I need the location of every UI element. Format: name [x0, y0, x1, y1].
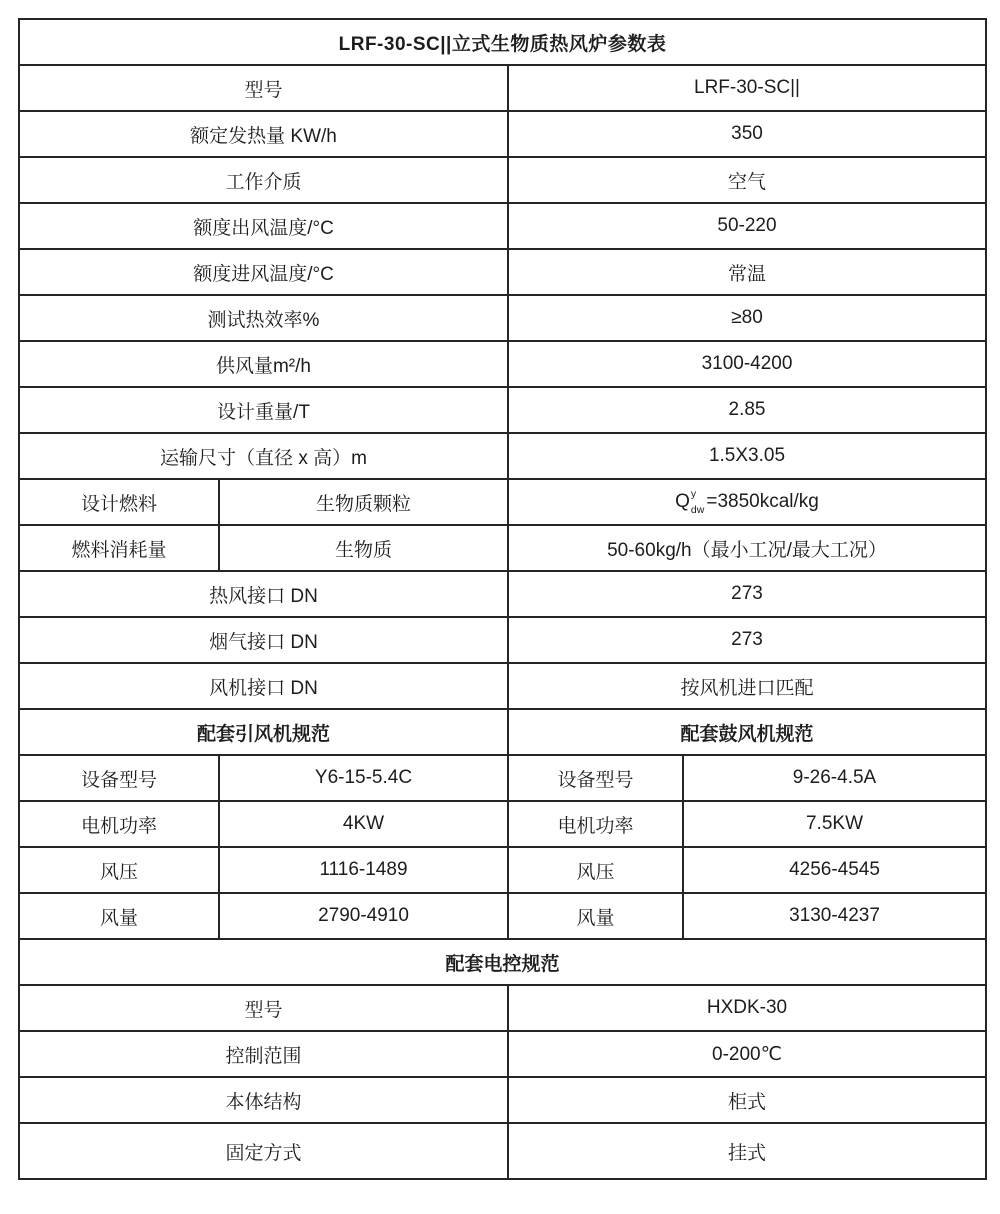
spec-label: 额度进风温度/°C — [19, 249, 508, 295]
blower-fan-value: 3130-4237 — [683, 893, 986, 939]
control-label: 固定方式 — [19, 1123, 508, 1179]
fuel-consumption-label: 燃料消耗量 — [19, 525, 219, 571]
fuel-consumption-value: 50-60kg/h（最小工况/最大工况） — [508, 525, 986, 571]
spec-value: 1.5X3.05 — [508, 433, 986, 479]
spec-value: 常温 — [508, 249, 986, 295]
table-row: 测试热效率% ≥80 — [19, 295, 986, 341]
induced-fan-value: 2790-4910 — [219, 893, 508, 939]
table-row: 设计燃料 生物质颗粒 Qydw=3850kcal/kg — [19, 479, 986, 525]
control-label: 控制范围 — [19, 1031, 508, 1077]
table-row: 设计重量/T 2.85 — [19, 387, 986, 433]
spec-label: 运输尺寸（直径 x 高）m — [19, 433, 508, 479]
control-section-header: 配套电控规范 — [19, 939, 986, 985]
table-row: 型号 HXDK-30 — [19, 985, 986, 1031]
control-value: 柜式 — [508, 1077, 986, 1123]
spec-value: ≥80 — [508, 295, 986, 341]
blower-fan-label: 风量 — [508, 893, 683, 939]
induced-fan-label: 电机功率 — [19, 801, 219, 847]
table-row: 额度出风温度/°C 50-220 — [19, 203, 986, 249]
spec-value: 350 — [508, 111, 986, 157]
spec-label: 设计重量/T — [19, 387, 508, 433]
blower-fan-header: 配套鼓风机规范 — [508, 709, 986, 755]
table-row: 额定发热量 KW/h 350 — [19, 111, 986, 157]
spec-value: 273 — [508, 617, 986, 663]
induced-fan-label: 风量 — [19, 893, 219, 939]
parameter-table: LRF-30-SC||立式生物质热风炉参数表 型号 LRF-30-SC|| 额定… — [18, 18, 987, 1180]
table-row: 固定方式 挂式 — [19, 1123, 986, 1179]
spec-label: 型号 — [19, 65, 508, 111]
fuel-design-value: Qydw=3850kcal/kg — [508, 479, 986, 525]
control-value: 挂式 — [508, 1123, 986, 1179]
spec-value: LRF-30-SC|| — [508, 65, 986, 111]
formula-subscript: dw — [691, 505, 704, 516]
table-row: 型号 LRF-30-SC|| — [19, 65, 986, 111]
table-row: 本体结构 柜式 — [19, 1077, 986, 1123]
blower-fan-value: 4256-4545 — [683, 847, 986, 893]
spec-label: 额度出风温度/°C — [19, 203, 508, 249]
formula-rest: =3850kcal/kg — [706, 491, 819, 512]
spec-label: 供风量m²/h — [19, 341, 508, 387]
induced-fan-label: 设备型号 — [19, 755, 219, 801]
table-title: LRF-30-SC||立式生物质热风炉参数表 — [19, 19, 986, 65]
table-row: 热风接口 DN 273 — [19, 571, 986, 617]
blower-fan-value: 7.5KW — [683, 801, 986, 847]
table-row: 燃料消耗量 生物质 50-60kg/h（最小工况/最大工况） — [19, 525, 986, 571]
spec-value: 273 — [508, 571, 986, 617]
spec-label: 额定发热量 KW/h — [19, 111, 508, 157]
spec-value: 空气 — [508, 157, 986, 203]
control-value: HXDK-30 — [508, 985, 986, 1031]
fuel-design-label: 设计燃料 — [19, 479, 219, 525]
blower-fan-value: 9-26-4.5A — [683, 755, 986, 801]
spec-label: 测试热效率% — [19, 295, 508, 341]
table-row: 电机功率 4KW 电机功率 7.5KW — [19, 801, 986, 847]
table-row: 供风量m²/h 3100-4200 — [19, 341, 986, 387]
control-label: 本体结构 — [19, 1077, 508, 1123]
table-row: LRF-30-SC||立式生物质热风炉参数表 — [19, 19, 986, 65]
table-row: 工作介质 空气 — [19, 157, 986, 203]
induced-fan-value: 4KW — [219, 801, 508, 847]
spec-label: 工作介质 — [19, 157, 508, 203]
induced-fan-label: 风压 — [19, 847, 219, 893]
induced-fan-value: Y6-15-5.4C — [219, 755, 508, 801]
table-row: 额度进风温度/°C 常温 — [19, 249, 986, 295]
table-row: 运输尺寸（直径 x 高）m 1.5X3.05 — [19, 433, 986, 479]
spec-value: 按风机进口匹配 — [508, 663, 986, 709]
spec-label: 烟气接口 DN — [19, 617, 508, 663]
table-row: 风量 2790-4910 风量 3130-4237 — [19, 893, 986, 939]
spec-label: 热风接口 DN — [19, 571, 508, 617]
blower-fan-label: 电机功率 — [508, 801, 683, 847]
spec-value: 2.85 — [508, 387, 986, 433]
control-value: 0-200℃ — [508, 1031, 986, 1077]
formula-base: Q — [675, 491, 690, 512]
blower-fan-label: 设备型号 — [508, 755, 683, 801]
formula-scripts: ydw — [691, 489, 704, 515]
spec-label: 风机接口 DN — [19, 663, 508, 709]
spec-value: 3100-4200 — [508, 341, 986, 387]
table-row: 风压 1116-1489 风压 4256-4545 — [19, 847, 986, 893]
fuel-design-type: 生物质颗粒 — [219, 479, 508, 525]
induced-fan-value: 1116-1489 — [219, 847, 508, 893]
table-row: 风机接口 DN 按风机进口匹配 — [19, 663, 986, 709]
spec-value: 50-220 — [508, 203, 986, 249]
fuel-consumption-type: 生物质 — [219, 525, 508, 571]
formula-superscript: y — [691, 489, 704, 500]
blower-fan-label: 风压 — [508, 847, 683, 893]
page: LRF-30-SC||立式生物质热风炉参数表 型号 LRF-30-SC|| 额定… — [0, 0, 1000, 1214]
control-label: 型号 — [19, 985, 508, 1031]
table-row: 配套引风机规范 配套鼓风机规范 — [19, 709, 986, 755]
table-row: 配套电控规范 — [19, 939, 986, 985]
induced-fan-header: 配套引风机规范 — [19, 709, 508, 755]
table-row: 烟气接口 DN 273 — [19, 617, 986, 663]
table-row: 设备型号 Y6-15-5.4C 设备型号 9-26-4.5A — [19, 755, 986, 801]
table-row: 控制范围 0-200℃ — [19, 1031, 986, 1077]
